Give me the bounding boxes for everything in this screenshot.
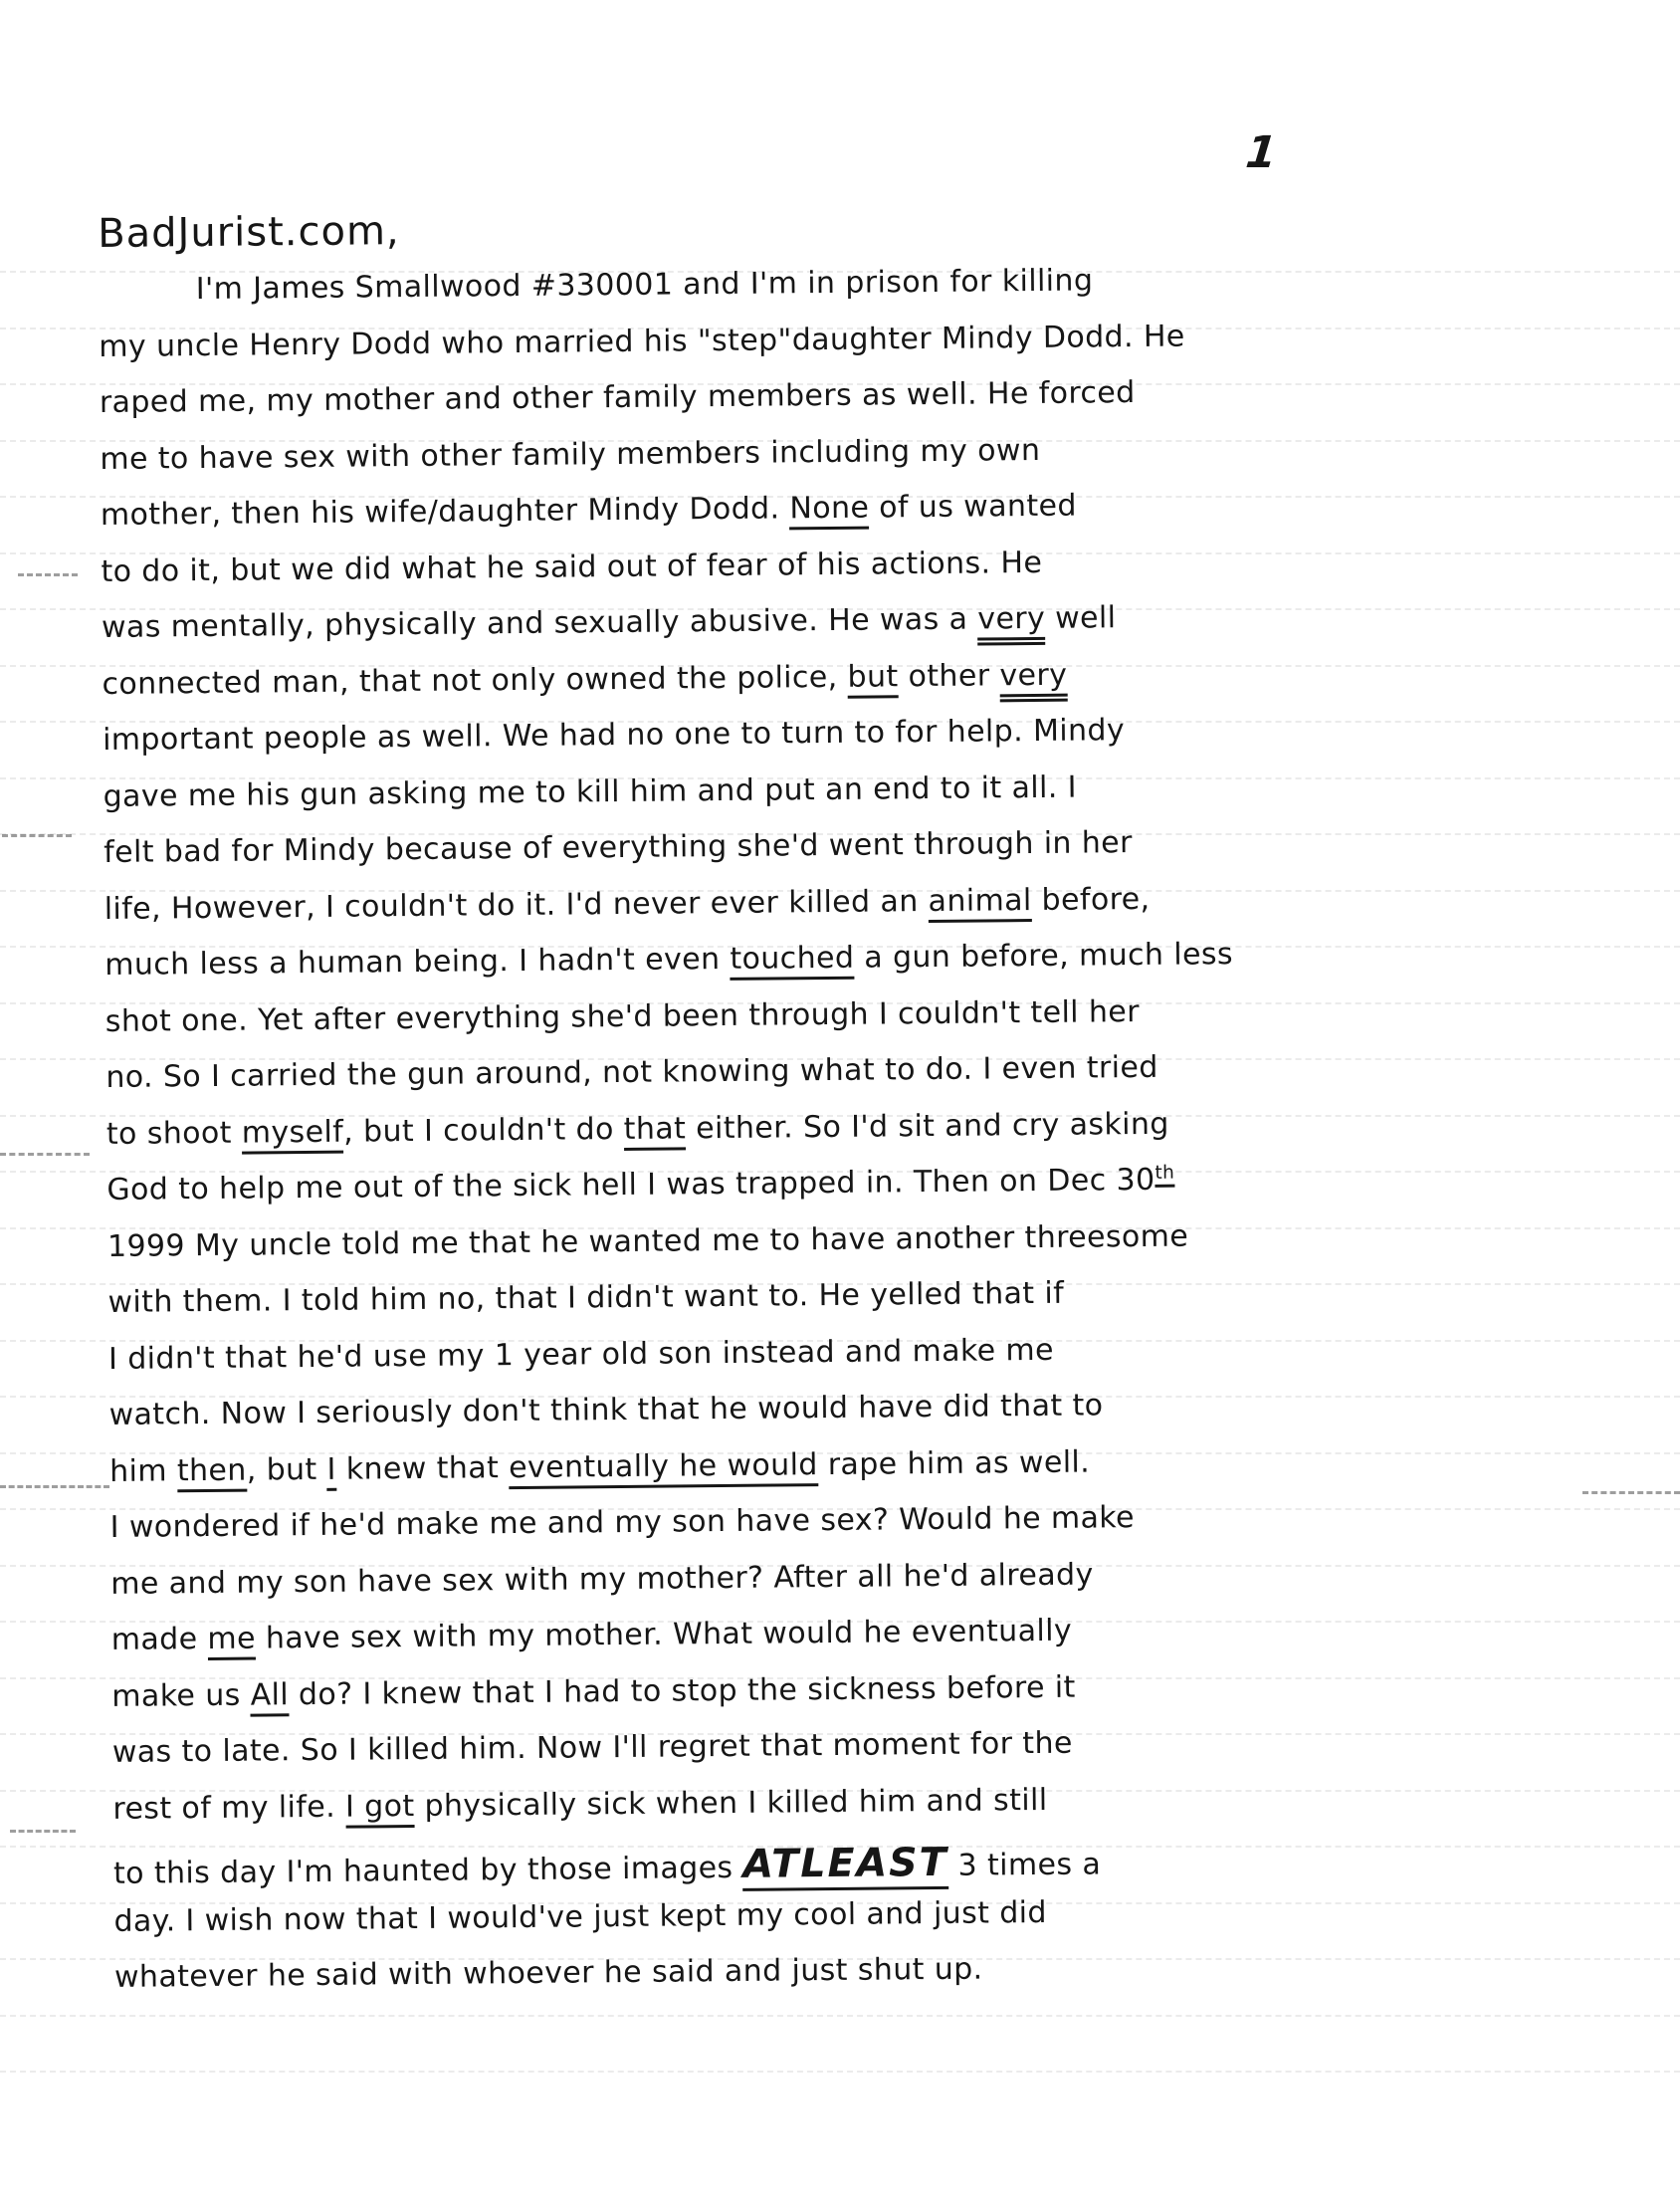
line-segment: him [109, 1453, 177, 1489]
line-segment: , but I couldn't do [343, 1111, 624, 1149]
line-segment: make us [111, 1677, 251, 1713]
ruled-line [0, 2071, 1680, 2073]
line-segment: made [111, 1622, 208, 1657]
line-segment: mother, then his wife/daughter Mindy Dod… [101, 491, 790, 533]
underlined-word: that [624, 1111, 687, 1151]
line-segment: physically sick when I killed him and st… [414, 1782, 1047, 1823]
underlined-word: but [847, 659, 898, 698]
underlined-word: myself [242, 1114, 344, 1154]
line-segment: to this day I'm haunted by those images [113, 1851, 743, 1891]
scan-artifact [18, 573, 78, 576]
line-segment: 3 times a [947, 1847, 1101, 1882]
line-segment: do? I knew that I had to stop the sickne… [289, 1669, 1076, 1712]
line-segment: was mentally, physically and sexually ab… [102, 602, 978, 645]
line-segment: have sex with my mother. What would he e… [256, 1614, 1072, 1656]
underlined-word: I got [345, 1789, 415, 1829]
line-segment: of us wanted [869, 489, 1077, 526]
line-segment: to shoot [106, 1115, 242, 1151]
line-segment: connected man, that not only owned the p… [102, 659, 847, 701]
underlined-word: ATLEAST [742, 1840, 948, 1891]
scan-artifact [0, 1485, 109, 1488]
underlined-word: I [326, 1451, 336, 1490]
scan-artifact [2, 834, 72, 837]
underlined-word: None [789, 491, 869, 531]
scan-artifact [1582, 1491, 1680, 1494]
line-segment: before, [1031, 881, 1150, 917]
page-number: 1 [1243, 127, 1279, 178]
line-segment: rape him as well. [818, 1444, 1091, 1482]
line-segment: rest of my life. [112, 1789, 345, 1826]
letter-lines: I'm James Smallwood #330001 and I'm in p… [99, 259, 1569, 2016]
line-segment: a gun before, much less [854, 937, 1233, 976]
scan-artifact [10, 1830, 76, 1833]
underlined-word: then [177, 1452, 247, 1492]
line-segment: other [898, 658, 999, 694]
line-segment: either. So I'd sit and cry asking [686, 1106, 1169, 1146]
line-segment: life, However, I couldn't do it. I'd nev… [105, 884, 929, 927]
line-segment: , but [247, 1451, 327, 1487]
line-segment: well [1045, 600, 1117, 636]
underlined-word: th [1155, 1163, 1174, 1188]
underlined-word: very [977, 601, 1045, 646]
line-segment: I'm James Smallwood #330001 and I'm in p… [196, 263, 1094, 307]
line-segment: knew that [336, 1450, 510, 1487]
line-segment: whatever he said with whoever he said an… [114, 1952, 983, 1995]
underlined-word: me [207, 1622, 256, 1660]
underlined-word: animal [928, 883, 1031, 923]
underlined-word: eventually he would [509, 1447, 818, 1489]
letter-page: 1 BadJurist.com, I'm James Smallwood #33… [0, 0, 1680, 2195]
line-segment: much less a human being. I hadn't even [105, 942, 730, 983]
letter-body: BadJurist.com, I'm James Smallwood #3300… [98, 197, 1568, 2016]
underlined-word: very [999, 657, 1067, 702]
scan-artifact [0, 1153, 90, 1156]
underlined-word: All [250, 1677, 289, 1716]
underlined-word: touched [730, 941, 854, 981]
